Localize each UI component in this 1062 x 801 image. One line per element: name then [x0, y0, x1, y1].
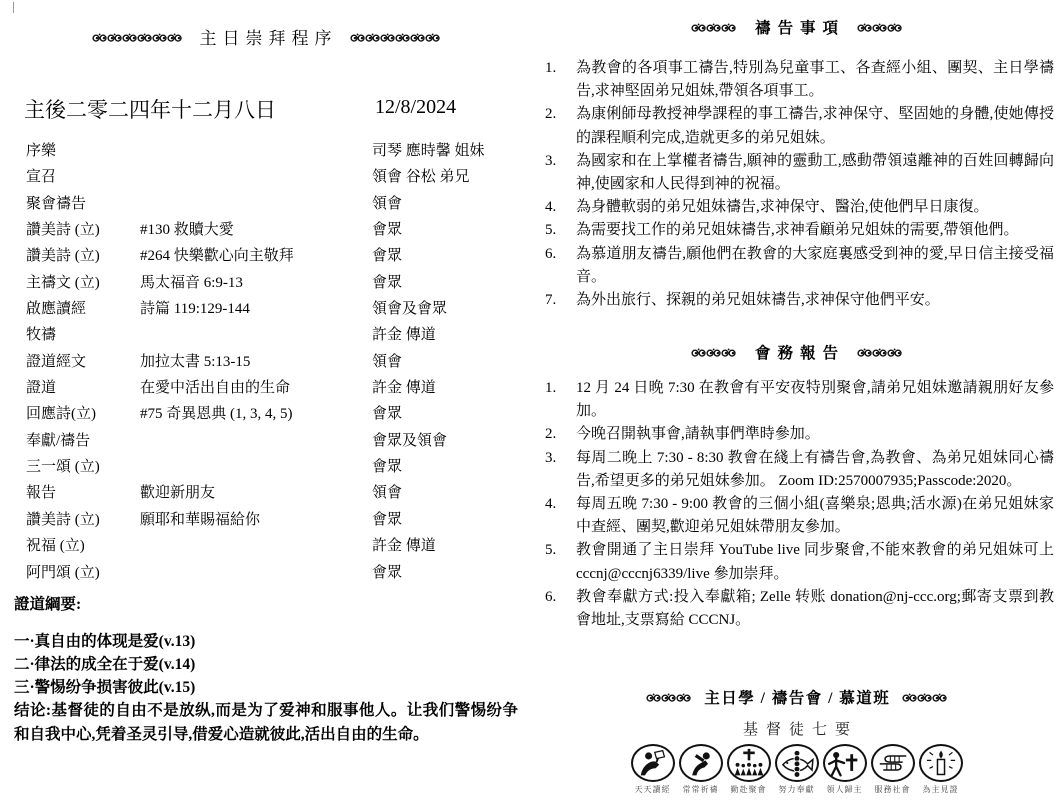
program-item-detail: 加拉太書 5:13-15 [140, 350, 250, 371]
swirl-ornament-icon [857, 346, 902, 358]
swirl-unit-icon [932, 691, 947, 703]
swirl-ornament-icon [646, 691, 691, 703]
program-item-who: 會眾 [372, 218, 402, 239]
swirl-unit-icon [137, 31, 152, 43]
prayer-text: 為康俐師母教授神學課程的事工禱告,求神保守、堅固她的身體,使她傳授的課程順利完成… [576, 103, 1054, 149]
swirl-ornament-icon [857, 21, 902, 33]
program-item-label: 阿門頌 (立) [26, 561, 100, 582]
report-number: 2. [542, 423, 576, 446]
badge-label: 為主見證 [923, 784, 959, 795]
program-item-label: 三一頌 (立) [26, 455, 100, 476]
report-item: 5.教會開通了主日崇拜 YouTube live 同步聚會,不能來教會的弟兄姐妹… [542, 539, 1054, 585]
program-item-who: 會眾 [372, 508, 402, 529]
swirl-ornament-icon [350, 31, 440, 43]
program-row: 回應詩(立)#75 奇異恩典 (1, 3, 4, 5)會眾 [0, 402, 531, 428]
swirl-ornament-icon [902, 691, 947, 703]
seven-essentials-badge: 為主見證 [918, 744, 964, 795]
program-item-detail: 歡迎新朋友 [140, 481, 215, 502]
program-row: 啟應讀經詩篇 119:129-144領會及會眾 [0, 297, 531, 323]
program-item-who: 領會 [372, 481, 402, 502]
prayer-item: 6.為慕道朋友禱告,願他們在教會的大家庭裏感受到神的愛,早日信主接受福音。 [542, 243, 1054, 289]
prayer-item: 2.為康俐師母教授神學課程的事工禱告,求神保守、堅固她的身體,使她傳授的課程順利… [542, 103, 1054, 149]
church-report-title: 會務報告 [748, 341, 845, 363]
prayer-text: 為身體軟弱的弟兄姐妹禱告,求神保守、醫治,使他們早日康復。 [576, 196, 1054, 219]
report-item: 2.今晚召開執事會,請執事們準時參加。 [542, 423, 1054, 446]
report-text: 教會奉獻方式:投入奉獻箱; Zelle 转账 donation@nj-ccc.o… [576, 586, 1054, 632]
swirl-unit-icon [380, 31, 395, 43]
badge-label: 努力奉獻 [779, 784, 815, 795]
swirl-unit-icon [887, 21, 902, 33]
program-row: 證道經文加拉太書 5:13-15領會 [0, 350, 531, 376]
swirl-unit-icon [395, 31, 410, 43]
program-item-label: 奉獻/禱告 [26, 429, 90, 450]
report-text: 每周二晚上 7:30 - 8:30 教會在綫上有禱告會,為教會、為弟兄姐妹同心禱… [576, 447, 1054, 493]
swirl-unit-icon [661, 691, 676, 703]
report-number: 5. [542, 539, 576, 585]
seven-essentials-logo: 基督徒七要 天天讀經常常祈禱勤赴聚會努力奉獻領人歸主服務社會為主見證 [531, 718, 1062, 795]
swirl-unit-icon [122, 31, 137, 43]
swirl-unit-icon [410, 31, 425, 43]
program-item-who: 會眾 [372, 244, 402, 265]
prayer-items-title: 禱告事項 [748, 16, 845, 38]
prayer-item: 3.為國家和在上掌權者禱告,願神的靈動工,感動帶領遠離神的百姓回轉歸向神,使國家… [542, 150, 1054, 196]
prayer-item: 7.為外出旅行、探親的弟兄姐妹禱告,求神保守他們平安。 [542, 289, 1054, 312]
prayer-text: 為需要找工作的弟兄姐妹禱告,求神看顧弟兄姐妹的需要,帶領他們。 [576, 219, 1054, 242]
seven-essentials-badges: 天天讀經常常祈禱勤赴聚會努力奉獻領人歸主服務社會為主見證 [531, 744, 1062, 795]
prayer-item: 5.為需要找工作的弟兄姐妹禱告,求神看顧弟兄姐妹的需要,帶領他們。 [542, 219, 1054, 242]
service-date-chinese: 主後二零二四年十二月八日 [24, 94, 276, 124]
program-row: 阿門頌 (立)會眾 [0, 561, 531, 587]
badge-circle [631, 744, 675, 782]
swirl-unit-icon [887, 346, 902, 358]
prayer-text: 為慕道朋友禱告,願他們在教會的大家庭裏感受到神的愛,早日信主接受福音。 [576, 243, 1054, 289]
prayer-item: 1.為教會的各項事工禱告,特別為兒童事工、各查經小組、團契、主日學禱告,求神堅固… [542, 57, 1054, 103]
badge-label: 領人歸主 [827, 784, 863, 795]
sermon-outline-conclusion: 结论:基督徒的自由不是放纵,而是为了爱神和服事他人。让我们警惕纷争和自我中心,凭… [14, 699, 518, 745]
seven-essentials-badge: 常常祈禱 [678, 744, 724, 795]
program-item-label: 回應詩(立) [26, 402, 96, 423]
badge-circle [871, 744, 915, 782]
swirl-unit-icon [167, 31, 182, 43]
program-item-detail: #130 救贖大愛 [140, 218, 234, 239]
program-row: 牧禱許金 傳道 [0, 323, 531, 349]
classes-title: 主日學 / 禱告會 / 慕道班 [703, 686, 891, 708]
program-row: 宣召領會 谷松 弟兄 [0, 165, 531, 191]
swirl-ornament-icon [691, 21, 736, 33]
swirl-unit-icon [646, 691, 661, 703]
program-item-who: 許金 傳道 [372, 376, 436, 397]
program-item-label: 牧禱 [26, 323, 56, 344]
program-row: 報告歡迎新朋友領會 [0, 481, 531, 507]
program-row: 證道在愛中活出自由的生命許金 傳道 [0, 376, 531, 402]
swirl-unit-icon [721, 21, 736, 33]
report-item: 3.每周二晚上 7:30 - 8:30 教會在綫上有禱告會,為教會、為弟兄姐妹同… [542, 447, 1054, 493]
report-item: 1.12 月 24 日晚 7:30 在教會有平安夜特別聚會,請弟兄姐妹邀請親朋好… [542, 377, 1054, 423]
program-row: 序樂司琴 應時馨 姐妹 [0, 139, 531, 165]
program-item-label: 證道經文 [26, 350, 86, 371]
program-item-label: 報告 [26, 481, 56, 502]
program-item-label: 聚會禱告 [26, 192, 86, 213]
swirl-unit-icon [425, 31, 440, 43]
prayer-number: 2. [542, 103, 576, 149]
announcements-column: 禱告事項 1.為教會的各項事工禱告,特別為兒童事工、各查經小組、團契、主日學禱告… [531, 0, 1062, 801]
report-text: 教會開通了主日崇拜 YouTube live 同步聚會,不能來教會的弟兄姐妹可上… [576, 539, 1054, 585]
sermon-outline-point: 二·律法的成全在于爱(v.14) [14, 654, 518, 677]
prayer-number: 1. [542, 57, 576, 103]
prayer-items-list: 1.為教會的各項事工禱告,特別為兒童事工、各查經小組、團契、主日學禱告,求神堅固… [542, 57, 1054, 312]
report-number: 1. [542, 377, 576, 423]
program-item-who: 會眾 [372, 561, 402, 582]
report-text: 12 月 24 日晚 7:30 在教會有平安夜特別聚會,請弟兄姐妹邀請親朋好友參… [576, 377, 1054, 423]
program-item-who: 會眾 [372, 271, 402, 292]
prayer-text: 為國家和在上掌權者禱告,願神的靈動工,感動帶領遠離神的百姓回轉歸向神,使國家和人… [576, 150, 1054, 196]
program-item-who: 領會 [372, 350, 402, 371]
prayer-text: 為教會的各項事工禱告,特別為兒童事工、各查經小組、團契、主日學禱告,求神堅固弟兄… [576, 57, 1054, 103]
program-row: 祝福 (立)許金 傳道 [0, 534, 531, 560]
church-bulletin-page: 主日崇拜程序 主後二零二四年十二月八日 12/8/2024 序樂司琴 應時馨 姐… [0, 0, 1062, 801]
seven-essentials-title: 基督徒七要 [531, 718, 1062, 739]
bible-reading-icon [635, 748, 671, 778]
prayer-number: 7. [542, 289, 576, 312]
serving-hands-icon [875, 748, 911, 778]
worship-order-title: 主日崇拜程序 [194, 24, 338, 49]
badge-circle [823, 744, 867, 782]
program-item-label: 祝福 (立) [26, 534, 85, 555]
church-report-title-row: 會務報告 [531, 341, 1062, 363]
worship-order-title-row: 主日崇拜程序 [0, 24, 531, 49]
swirl-ornament-icon [92, 31, 182, 43]
prayer-number: 5. [542, 219, 576, 242]
seven-essentials-badge: 勤赴聚會 [726, 744, 772, 795]
swirl-unit-icon [107, 31, 122, 43]
badge-circle [919, 744, 963, 782]
badge-label: 勤赴聚會 [731, 784, 767, 795]
swirl-unit-icon [691, 21, 706, 33]
swirl-unit-icon [691, 346, 706, 358]
seven-essentials-badge: 服務社會 [870, 744, 916, 795]
program-item-detail: #264 快樂歡心向主敬拜 [140, 244, 294, 265]
swirl-unit-icon [857, 346, 872, 358]
report-item: 6.教會奉獻方式:投入奉獻箱; Zelle 转账 donation@nj-ccc… [542, 586, 1054, 632]
swirl-unit-icon [706, 21, 721, 33]
badge-circle [727, 744, 771, 782]
assembly-cross-icon [731, 748, 767, 778]
program-item-label: 讚美詩 (立) [26, 218, 100, 239]
program-item-label: 讚美詩 (立) [26, 508, 100, 529]
swirl-unit-icon [676, 691, 691, 703]
seven-essentials-badge: 領人歸主 [822, 744, 868, 795]
program-item-who: 會眾及領會 [372, 429, 447, 450]
swirl-unit-icon [857, 21, 872, 33]
prayer-icon [683, 748, 719, 778]
swirl-unit-icon [902, 691, 917, 703]
report-number: 3. [542, 447, 576, 493]
evangelism-icon [827, 748, 863, 778]
report-number: 4. [542, 493, 576, 539]
prayer-item: 4.為身體軟弱的弟兄姐妹禱告,求神保守、醫治,使他們早日康復。 [542, 196, 1054, 219]
sermon-outline: 證道綱要: 一·真自由的体现是爱(v.13)二·律法的成全在于爱(v.14)三·… [14, 592, 518, 746]
program-item-detail: 在愛中活出自由的生命 [140, 376, 290, 397]
sermon-outline-points: 一·真自由的体现是爱(v.13)二·律法的成全在于爱(v.14)三·警惕纷争损害… [14, 631, 518, 699]
sermon-outline-heading: 證道綱要: [14, 592, 518, 614]
program-item-who: 會眾 [372, 402, 402, 423]
swirl-unit-icon [872, 346, 887, 358]
program-item-label: 讚美詩 (立) [26, 244, 100, 265]
program-row: 讚美詩 (立)#264 快樂歡心向主敬拜會眾 [0, 244, 531, 270]
worship-program-table: 序樂司琴 應時馨 姐妹宣召領會 谷松 弟兄聚會禱告領會讚美詩 (立)#130 救… [0, 139, 531, 587]
prayer-items-title-row: 禱告事項 [531, 16, 1062, 38]
program-item-who: 許金 傳道 [372, 534, 436, 555]
badge-label: 服務社會 [875, 784, 911, 795]
program-row: 奉獻/禱告會眾及領會 [0, 429, 531, 455]
report-item: 4.每周五晚 7:30 - 9:00 教會的三個小組(喜樂泉;恩典;活水源)在弟… [542, 493, 1054, 539]
seven-essentials-badge: 努力奉獻 [774, 744, 820, 795]
sermon-outline-point: 一·真自由的体现是爱(v.13) [14, 631, 518, 654]
report-text: 今晚召開執事會,請執事們準時參加。 [576, 423, 1054, 446]
church-report-list: 1.12 月 24 日晚 7:30 在教會有平安夜特別聚會,請弟兄姐妹邀請親朋好… [542, 377, 1054, 632]
prayer-text: 為外出旅行、探親的弟兄姐妹禱告,求神保守他們平安。 [576, 289, 1054, 312]
program-item-detail: #75 奇異恩典 (1, 3, 4, 5) [140, 402, 293, 423]
report-number: 6. [542, 586, 576, 632]
swirl-unit-icon [721, 346, 736, 358]
swirl-unit-icon [706, 346, 721, 358]
program-item-who: 領會 谷松 弟兄 [372, 165, 470, 186]
program-item-label: 序樂 [26, 139, 56, 160]
classes-title-row: 主日學 / 禱告會 / 慕道班 [531, 686, 1062, 708]
badge-circle [679, 744, 723, 782]
offering-fish-icon [779, 748, 815, 778]
program-item-who: 領會 [372, 192, 402, 213]
prayer-number: 4. [542, 196, 576, 219]
badge-label: 常常祈禱 [683, 784, 719, 795]
prayer-number: 3. [542, 150, 576, 196]
prayer-number: 6. [542, 243, 576, 289]
program-item-label: 證道 [26, 376, 56, 397]
seven-essentials-badge: 天天讀經 [630, 744, 676, 795]
program-item-who: 會眾 [372, 455, 402, 476]
program-item-label: 啟應讀經 [26, 297, 86, 318]
program-item-label: 主禱文 (立) [26, 271, 100, 292]
report-text: 每周五晚 7:30 - 9:00 教會的三個小組(喜樂泉;恩典;活水源)在弟兄姐… [576, 493, 1054, 539]
program-row: 三一頌 (立)會眾 [0, 455, 531, 481]
swirl-unit-icon [917, 691, 932, 703]
swirl-unit-icon [152, 31, 167, 43]
witness-candle-icon [923, 748, 959, 778]
program-item-who: 司琴 應時馨 姐妹 [372, 139, 485, 160]
program-item-who: 領會及會眾 [372, 297, 447, 318]
badge-circle [775, 744, 819, 782]
program-item-detail: 詩篇 119:129-144 [140, 297, 250, 318]
swirl-ornament-icon [691, 346, 736, 358]
swirl-unit-icon [872, 21, 887, 33]
sermon-outline-point: 三·警惕纷争损害彼此(v.15) [14, 677, 518, 700]
program-item-detail: 馬太福音 6:9-13 [140, 271, 243, 292]
worship-order-column: 主日崇拜程序 主後二零二四年十二月八日 12/8/2024 序樂司琴 應時馨 姐… [0, 0, 531, 801]
badge-label: 天天讀經 [635, 784, 671, 795]
swirl-unit-icon [365, 31, 380, 43]
program-row: 聚會禱告領會 [0, 192, 531, 218]
program-item-who: 許金 傳道 [372, 323, 436, 344]
program-item-label: 宣召 [26, 165, 56, 186]
program-row: 主禱文 (立)馬太福音 6:9-13會眾 [0, 271, 531, 297]
swirl-unit-icon [350, 31, 365, 43]
program-row: 讚美詩 (立)願耶和華賜福給你會眾 [0, 508, 531, 534]
swirl-unit-icon [92, 31, 107, 43]
program-row: 讚美詩 (立)#130 救贖大愛會眾 [0, 218, 531, 244]
service-date-numeric: 12/8/2024 [375, 96, 456, 119]
program-item-detail: 願耶和華賜福給你 [140, 508, 260, 529]
